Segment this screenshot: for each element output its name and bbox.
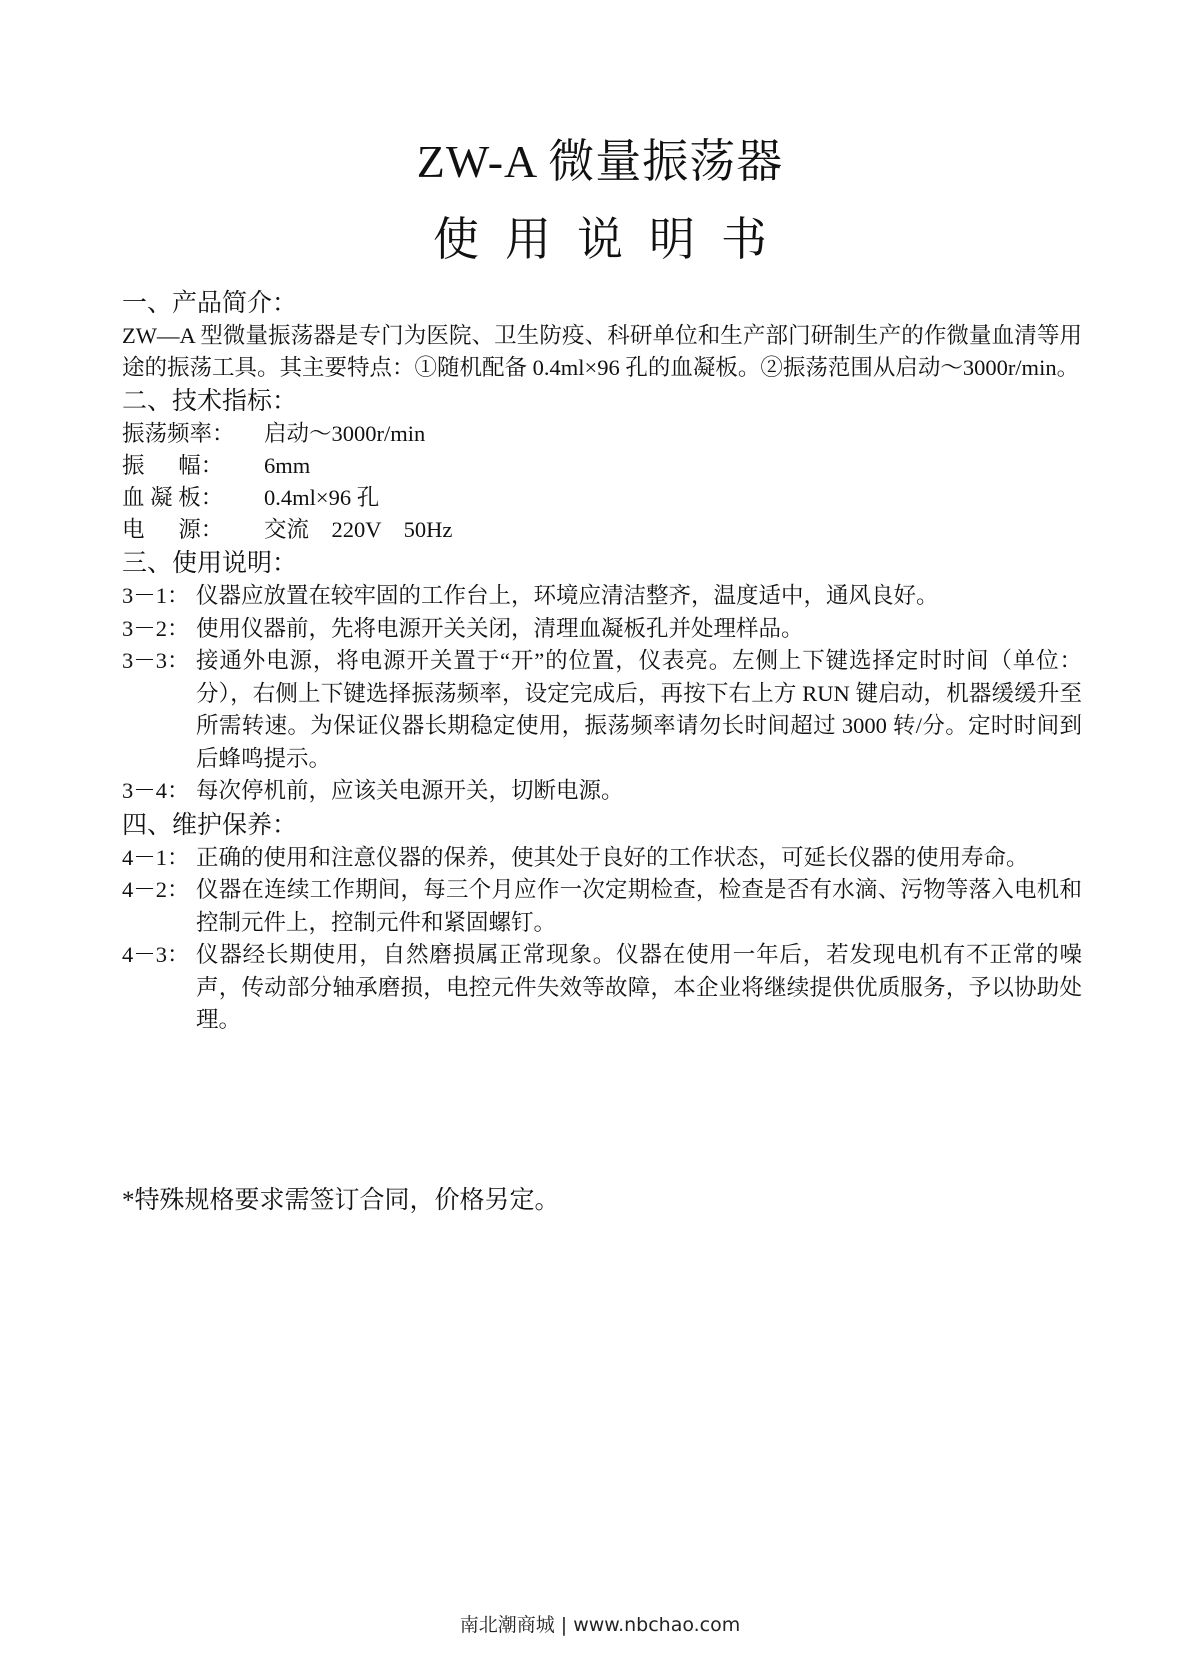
section-tech-specs: 二、技术指标： 振荡频率： 启动～3000r/min 振 幅： 6mm 血 凝 … [122, 386, 1082, 546]
item-number: 3－1： [122, 580, 196, 613]
special-note: *特殊规格要求需签订合同，价格另定。 [122, 1184, 560, 1218]
usage-item: 3－1： 仪器应放置在较牢固的工作台上，环境应清洁整齐，温度适中，通风良好。 [122, 580, 1082, 613]
spec-label: 血 凝 板： [122, 482, 264, 514]
item-text: 接通外电源，将电源开关置于“开”的位置，仪表亮。左侧上下键选择定时时间（单位：分… [196, 645, 1082, 775]
section-usage: 三、使用说明： 3－1： 仪器应放置在较牢固的工作台上，环境应清洁整齐，温度适中… [122, 548, 1082, 808]
section-heading: 三、使用说明： [122, 548, 1082, 580]
spec-value: 交流 220V 50Hz [264, 514, 452, 546]
spec-row: 血 凝 板： 0.4ml×96 孔 [122, 482, 1082, 514]
spec-value: 6mm [264, 450, 310, 482]
spec-row: 振 幅： 6mm [122, 450, 1082, 482]
item-number: 4－1： [122, 842, 196, 875]
usage-item: 3－3： 接通外电源，将电源开关置于“开”的位置，仪表亮。左侧上下键选择定时时间… [122, 645, 1082, 775]
spec-value: 0.4ml×96 孔 [264, 482, 379, 514]
maintenance-item: 4－2： 仪器在连续工作期间，每三个月应作一次定期检查，检查是否有水滴、污物等落… [122, 874, 1082, 939]
spec-row: 电 源： 交流 220V 50Hz [122, 514, 1082, 546]
item-number: 4－3： [122, 939, 196, 1037]
section-maintenance: 四、维护保养： 4－1： 正确的使用和注意仪器的保养，使其处于良好的工作状态，可… [122, 810, 1082, 1037]
section-heading: 二、技术指标： [122, 386, 1082, 418]
document-subtitle: 使用说明书 [0, 212, 1200, 268]
item-number: 4－2： [122, 874, 196, 939]
item-number: 3－2： [122, 613, 196, 646]
spec-label: 振 幅： [122, 450, 264, 482]
section-heading: 一、产品简介： [122, 288, 1082, 320]
document-body: 一、产品简介： ZW—A 型微量振荡器是专门为医院、卫生防疫、科研单位和生产部门… [122, 288, 1082, 1037]
maintenance-item: 4－1： 正确的使用和注意仪器的保养，使其处于良好的工作状态，可延长仪器的使用寿… [122, 842, 1082, 875]
item-number: 3－3： [122, 645, 196, 775]
item-number: 3－4： [122, 775, 196, 808]
intro-paragraph: ZW—A 型微量振荡器是专门为医院、卫生防疫、科研单位和生产部门研制生产的作微量… [122, 320, 1082, 384]
maintenance-item: 4－3： 仪器经长期使用，自然磨损属正常现象。仪器在使用一年后，若发现电机有不正… [122, 939, 1082, 1037]
spec-row: 振荡频率： 启动～3000r/min [122, 418, 1082, 450]
section-product-intro: 一、产品简介： ZW—A 型微量振荡器是专门为医院、卫生防疫、科研单位和生产部门… [122, 288, 1082, 384]
item-text: 正确的使用和注意仪器的保养，使其处于良好的工作状态，可延长仪器的使用寿命。 [196, 842, 1082, 875]
item-text: 仪器应放置在较牢固的工作台上，环境应清洁整齐，温度适中，通风良好。 [196, 580, 1082, 613]
footer-watermark: 南北潮商城 | www.nbchao.com [0, 1612, 1200, 1638]
section-heading: 四、维护保养： [122, 810, 1082, 842]
spec-label: 振荡频率： [122, 418, 264, 450]
spec-value: 启动～3000r/min [264, 418, 425, 450]
document-title: ZW-A 微量振荡器 [0, 134, 1200, 190]
item-text: 每次停机前，应该关电源开关，切断电源。 [196, 775, 1082, 808]
item-text: 仪器经长期使用，自然磨损属正常现象。仪器在使用一年后，若发现电机有不正常的噪声，… [196, 939, 1082, 1037]
item-text: 使用仪器前，先将电源开关关闭，清理血凝板孔并处理样品。 [196, 613, 1082, 646]
item-text: 仪器在连续工作期间，每三个月应作一次定期检查，检查是否有水滴、污物等落入电机和控… [196, 874, 1082, 939]
usage-item: 3－2： 使用仪器前，先将电源开关关闭，清理血凝板孔并处理样品。 [122, 613, 1082, 646]
usage-item: 3－4： 每次停机前，应该关电源开关，切断电源。 [122, 775, 1082, 808]
spec-label: 电 源： [122, 514, 264, 546]
